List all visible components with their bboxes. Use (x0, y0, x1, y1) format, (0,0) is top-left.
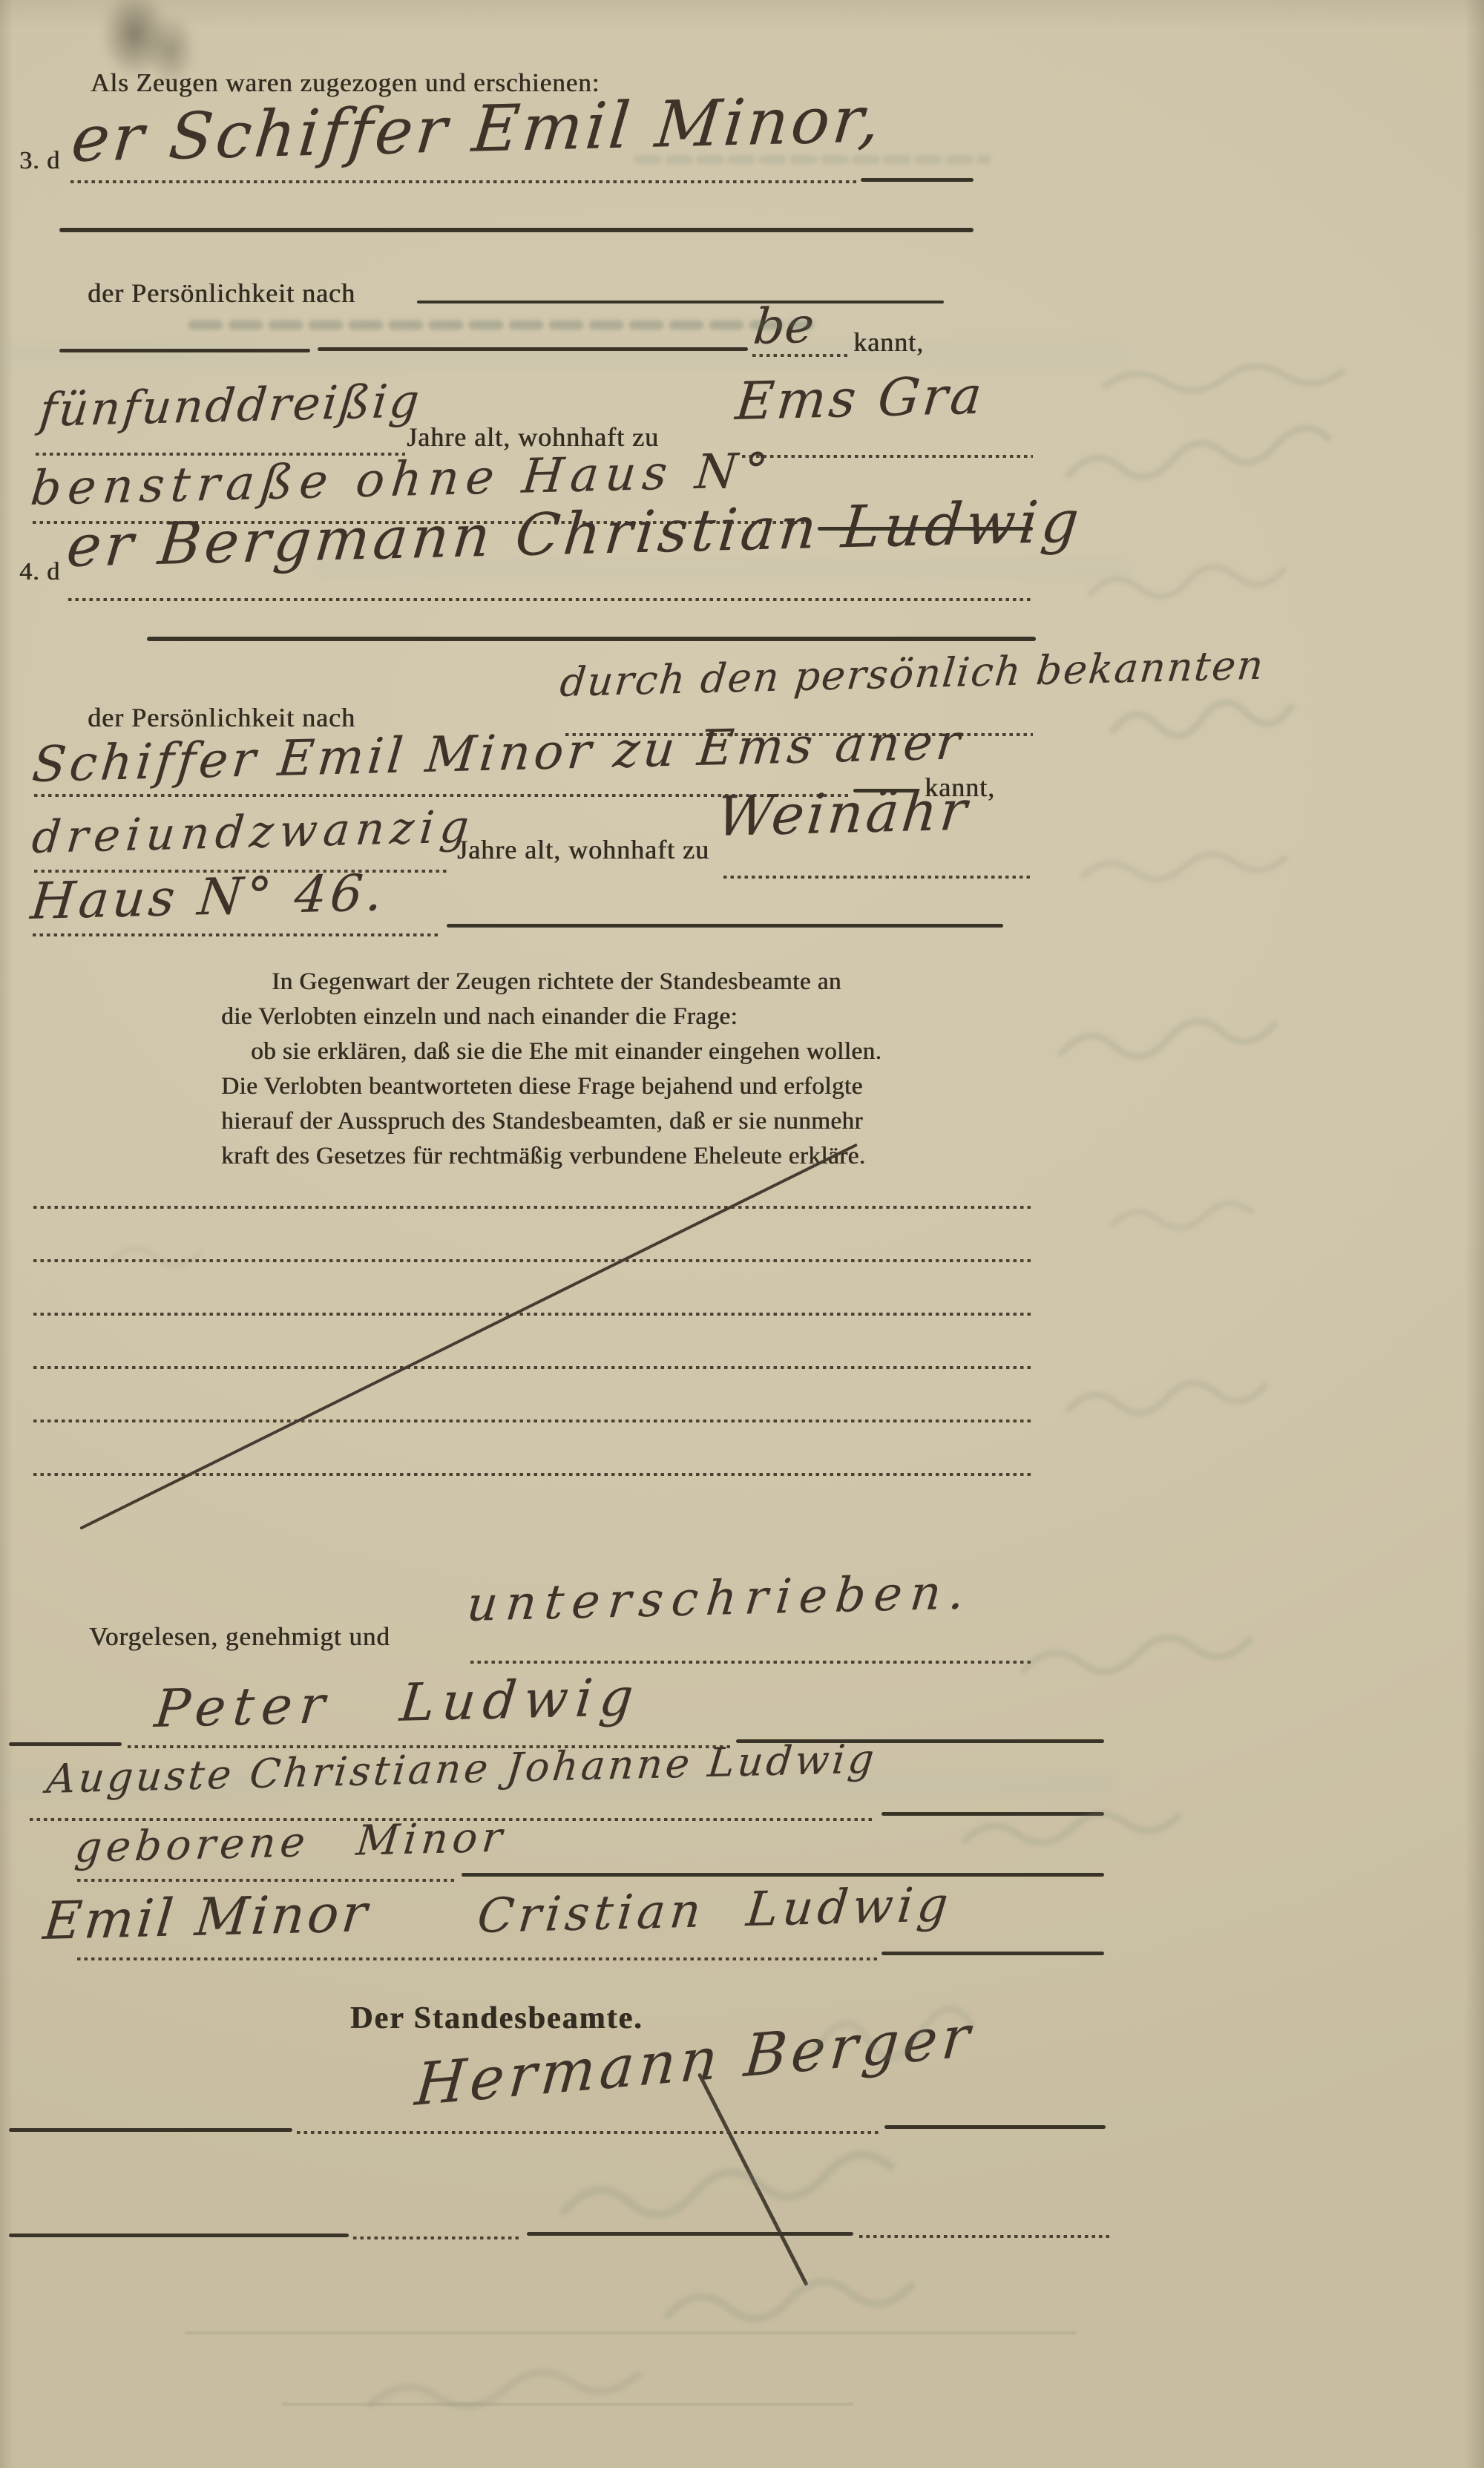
blank-line (33, 1206, 1031, 1209)
registrar-line (527, 2232, 853, 2236)
age2-place-handwritten: Weinähr (714, 778, 973, 849)
bleedthrough-line (185, 2331, 1076, 2334)
signature-line (881, 1812, 1104, 1816)
identity1-printed-label: der Persönlichkeit nach (88, 278, 355, 309)
registrar-line (9, 2128, 292, 2132)
fill-line (70, 180, 858, 183)
signature-line (881, 1952, 1104, 1955)
age1-handwritten: fünfunddreißig (37, 373, 424, 437)
fill-line (742, 455, 1033, 458)
fill-line (318, 347, 748, 351)
witness4-printed-prefix: 4. d (19, 558, 60, 586)
signature-line (77, 1879, 456, 1882)
fill-line (447, 924, 1003, 928)
fill-line (752, 354, 847, 357)
registrar-line (884, 2125, 1106, 2129)
blank-line (33, 1366, 1031, 1369)
signature-line (77, 1957, 877, 1960)
fill-line (861, 178, 974, 182)
declaration-line: ob sie erklären, daß sie die Ehe mit ein… (221, 1034, 1052, 1069)
house-number-handwritten: Haus N° 46. (28, 864, 389, 931)
identity1-handwritten-be: be (751, 297, 817, 355)
fill-line (33, 933, 441, 936)
signature-witness3: Emil Minor (41, 1883, 372, 1952)
witness3-printed-prefix: 3. d (19, 147, 60, 175)
signature-line (9, 1742, 122, 1746)
continuation-line (59, 228, 974, 232)
closing-handwritten: unterschrieben. (464, 1565, 975, 1632)
signature-groom: Peter Ludwig (152, 1667, 643, 1739)
signature-line (462, 1873, 1104, 1877)
declaration-line: Die Verlobten beantworteten diese Frage … (221, 1069, 1052, 1104)
registrar-line (9, 2234, 349, 2237)
signature-witness4: Cristian Ludwig (475, 1877, 955, 1944)
fill-line (417, 301, 944, 303)
closing-printed-label: Vorgelesen, genehmigt und (89, 1622, 390, 1652)
crossout-stroke (79, 1143, 858, 1530)
registrar-line (353, 2236, 521, 2239)
continuation-line (147, 637, 1036, 641)
age2-handwritten: dreiundzwanzig (30, 801, 477, 864)
declaration-line: kraft des Gesetzes für rechtmäßig verbun… (221, 1139, 1052, 1174)
registrar-line (859, 2235, 1110, 2238)
identity2-handwritten-line1: durch den persönlich bekannten (558, 642, 1267, 706)
age2-printed-label: Jahre alt, wohnhaft zu (457, 834, 709, 865)
bleedthrough-line (282, 2403, 853, 2406)
fill-line (723, 876, 1033, 879)
registry-document-page: Als Zeugen waren zugezogen und erschiene… (0, 0, 1484, 2468)
blank-line (33, 1420, 1031, 1422)
declaration-line: hierauf der Ausspruch des Standesbeamten… (221, 1104, 1052, 1139)
blank-line (33, 1259, 1031, 1262)
signature-bride-nee: geborene Minor (73, 1814, 508, 1872)
declaration-line: die Verlobten einzeln und nach einander … (221, 1000, 1052, 1034)
signature-flourish-stroke (697, 2072, 809, 2285)
fill-line (68, 598, 1031, 601)
fill-line (470, 1661, 1033, 1664)
scan-band (0, 343, 1128, 365)
age1-place-handwritten: Ems Gra (733, 365, 988, 432)
declaration-line: In Gegenwart der Zeugen richtete der Sta… (221, 965, 1052, 1000)
identity1-printed-kannt: kannt, (853, 326, 924, 358)
registrar-title: Der Standesbeamte. (350, 2001, 643, 2036)
registrar-line (297, 2131, 880, 2134)
declaration-paragraph: In Gegenwart der Zeugen richtete der Sta… (221, 965, 1052, 1174)
blank-line (33, 1313, 1031, 1316)
fill-line (59, 349, 310, 352)
